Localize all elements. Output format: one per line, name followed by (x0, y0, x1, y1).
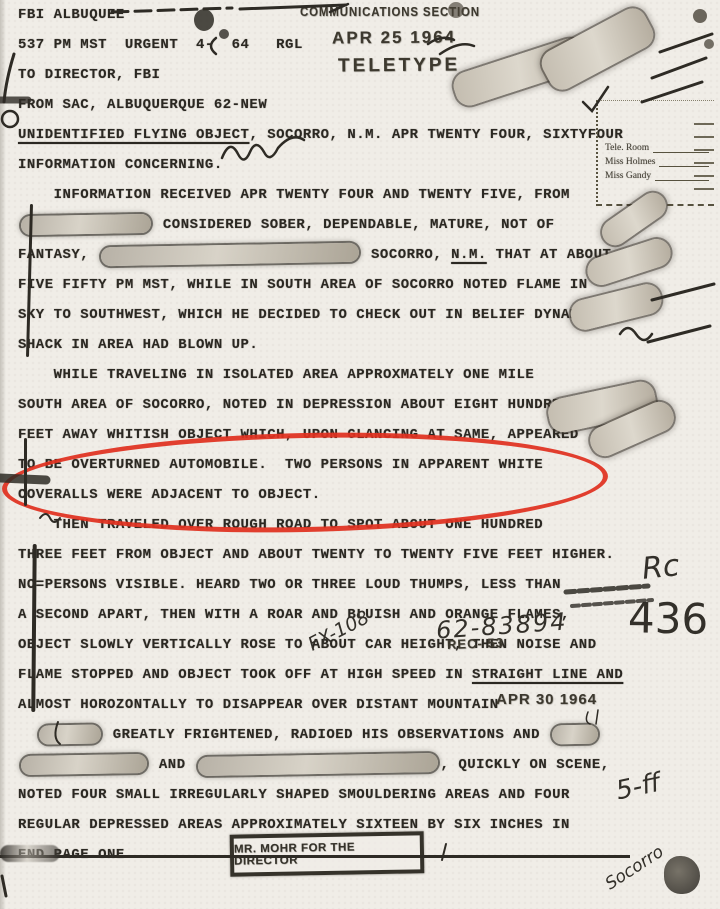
margin-line (24, 438, 27, 506)
typewritten-text: NOTED FOUR SMALL IRREGULARLY SHAPED SMOU… (18, 787, 570, 803)
received-date-stamp: APR 25 1964 (332, 27, 456, 48)
communications-section-stamp: COMMUNICATIONS SECTION (300, 4, 480, 19)
document-line: GREATLY FRIGHTENED, RADIOED HIS OBSERVAT… (18, 720, 708, 750)
routing-label: Miss Holmes (605, 157, 655, 167)
document-line: NO=PERSONS VISIBLE. HEARD TWO OR THREE L… (18, 570, 708, 600)
typewritten-text: CONSIDERED SOBER, DEPENDABLE, MATURE, NO… (154, 217, 555, 233)
handwritten-big-number: 436 (628, 593, 709, 643)
typewritten-text (18, 727, 36, 743)
typewritten-text: , QUICKLY ON SCENE, (441, 757, 610, 773)
redaction-mark (101, 243, 359, 266)
typewritten-text: SOUTH AREA OF SOCORRO, NOTED IN DEPRESSI… (18, 397, 570, 413)
bottom-rule-line (0, 855, 630, 858)
document-line: SHACK IN AREA HAD BLOWN UP. (18, 330, 708, 360)
typewritten-text: FIVE FIFTY PM MST, WHILE IN SOUTH AREA O… (18, 277, 588, 293)
document-line: OBJECT SLOWLY VERTICALLY ROSE TO ABOUT C… (18, 630, 708, 660)
typewritten-text: WHILE TRAVELING IN ISOLATED AREA APPROXM… (18, 367, 534, 383)
handwritten-initials: Rc (640, 548, 681, 587)
typewritten-text: , SOCORRO, N.M. APR TWENTY FOUR, SIXTYFO… (249, 127, 623, 143)
routing-label: Tele. Room (605, 143, 649, 153)
typewritten-text: INFORMATION CONCERNING. (18, 157, 223, 173)
typewritten-text: INFORMATION RECEIVED APR TWENTY FOUR AND… (18, 187, 570, 203)
filed-date-stamp: APR 30 1964 (496, 691, 597, 708)
redaction-mark (21, 754, 147, 775)
typewritten-text: REGULAR DEPRESSED AREAS APPROXIMATELY SI… (18, 817, 570, 833)
typewritten-text: 537 PM MST URGENT 4- 64 RGL (18, 37, 303, 53)
typewritten-text: FBI ALBUQUEE (18, 7, 125, 23)
redaction-mark (21, 214, 151, 235)
typewritten-text: THREE FEET FROM OBJECT AND ABOUT TWENTY … (18, 547, 614, 563)
document-line: WHILE TRAVELING IN ISOLATED AREA APPROXM… (18, 360, 708, 390)
typewritten-text: ALMOST HOROZONTALLY TO DISAPPEAR OVER DI… (18, 697, 499, 713)
typewritten-text: SHACK IN AREA HAD BLOWN UP. (18, 337, 258, 353)
redaction-mark (552, 724, 598, 744)
typewritten-text: SKY TO SOUTHWEST, WHICH HE DECIDED TO CH… (18, 307, 606, 323)
typewritten-text: SOCORRO, (362, 247, 451, 263)
typewritten-text: FLAME STOPPED AND OBJECT TOOK OFF AT HIG… (18, 667, 472, 683)
redaction-mark (197, 753, 437, 776)
typewritten-text: GREATLY FRIGHTENED, RADIOED HIS OBSERVAT… (104, 727, 549, 743)
typewritten-text: NO=PERSONS VISIBLE. HEARD TWO OR THREE L… (18, 577, 561, 593)
document-line: FLAME STOPPED AND OBJECT TOOK OFF AT HIG… (18, 660, 708, 690)
document-line: ALMOST HOROZONTALLY TO DISAPPEAR OVER DI… (18, 690, 708, 720)
ink-smear-over-end (0, 845, 60, 862)
scan-edge-shadow (0, 0, 6, 909)
teletype-stamp: TELETYPE (338, 54, 460, 77)
typewritten-text: TO DIRECTOR, FBI (18, 67, 160, 83)
mohr-stamp-text: MR. MOHR FOR THE DIRECTOR (234, 840, 420, 867)
mohr-for-director-stamp-box: MR. MOHR FOR THE DIRECTOR (230, 831, 425, 876)
underlined-text: STRAIGHT LINE AND (472, 667, 623, 683)
underlined-text: N.M. (451, 247, 487, 263)
document-line: AND , QUICKLY ON SCENE, (18, 750, 708, 780)
fbi-teletype-document-page: FBI ALBUQUEE537 PM MST URGENT 4- 64 RGLT… (0, 0, 720, 909)
document-line: NOTED FOUR SMALL IRREGULARLY SHAPED SMOU… (18, 780, 708, 810)
redaction-mark (39, 724, 101, 744)
typewritten-text: AND (150, 757, 195, 773)
routing-dash-column (694, 112, 714, 200)
document-line: THREE FEET FROM OBJECT AND ABOUT TWENTY … (18, 540, 708, 570)
ink-blot (664, 856, 700, 894)
routing-label: Miss Gandy (605, 171, 651, 181)
underlined-text: UNIDENTIFIED FLYING OBJECT (18, 127, 249, 143)
typewritten-text: FROM SAC, ALBUQUERQUE 62-NEW (18, 97, 267, 113)
